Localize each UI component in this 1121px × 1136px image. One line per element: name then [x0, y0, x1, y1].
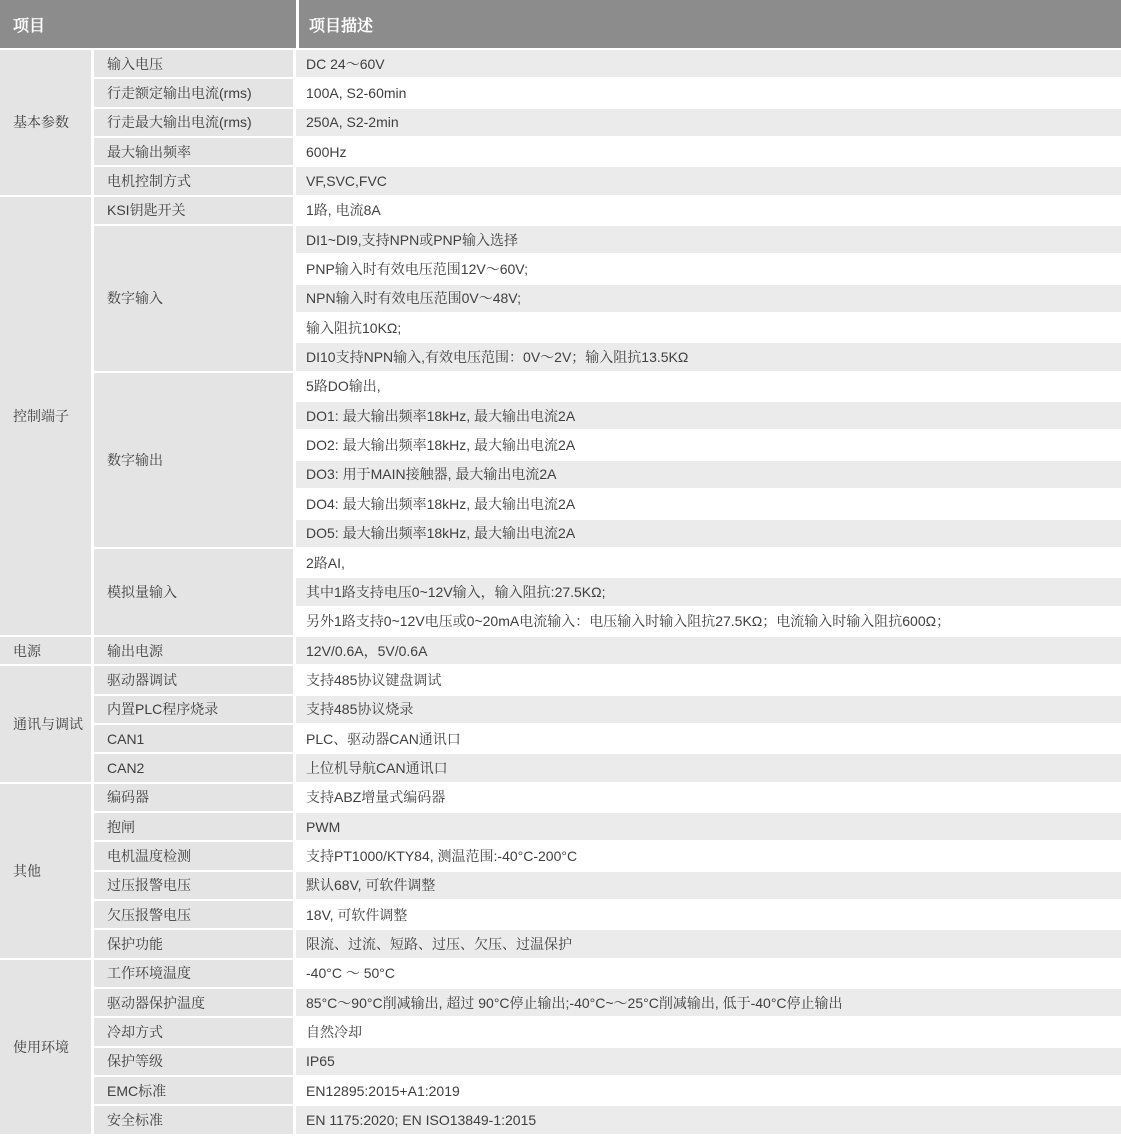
table-row: 欠压报警电压18V, 可软件调整: [0, 901, 1121, 930]
param-cell: CAN2: [94, 754, 296, 783]
param-cell: 最大输出频率: [94, 138, 296, 167]
table-row: 电机控制方式VF,SVC,FVC: [0, 167, 1121, 196]
param-cell: 电机控制方式: [94, 167, 296, 196]
param-cell: 输出电源: [94, 637, 296, 666]
header-row: 项目 项目描述: [0, 0, 1121, 50]
value-cell: PWM: [296, 813, 1121, 842]
table-body: 基本参数输入电压DC 24～60V行走额定输出电流(rms)100A, S2-6…: [0, 50, 1121, 1136]
value-cell: 600Hz: [296, 138, 1121, 167]
param-cell: 欠压报警电压: [94, 901, 296, 930]
table-row: 驱动器保护温度85°C～90°C削减输出, 超过 90°C停止输出;-40°C~…: [0, 989, 1121, 1018]
param-cell: 电机温度检测: [94, 842, 296, 871]
param-cell: 过压报警电压: [94, 872, 296, 901]
category-cell: 使用环境: [0, 960, 94, 1136]
value-cell: 100A, S2-60min: [296, 79, 1121, 108]
value-cell: 自然冷却: [296, 1018, 1121, 1047]
param-cell: 驱动器保护温度: [94, 989, 296, 1018]
table-row: CAN2上位机导航CAN通讯口: [0, 754, 1121, 783]
table-row: 抱闸PWM: [0, 813, 1121, 842]
value-cell: 85°C～90°C削减输出, 超过 90°C停止输出;-40°C~～25°C削减…: [296, 989, 1121, 1018]
spec-sheet-page: { "colors": { "header_bg": "#8c8c8c", "h…: [0, 0, 1121, 1136]
param-cell: 输入电压: [94, 50, 296, 79]
value-cell: -40°C ～ 50°C: [296, 960, 1121, 989]
table-row: 冷却方式自然冷却: [0, 1018, 1121, 1047]
table-row: 保护等级IP65: [0, 1048, 1121, 1077]
value-cell: 上位机导航CAN通讯口: [296, 754, 1121, 783]
spec-table: 项目 项目描述 基本参数输入电压DC 24～60V行走额定输出电流(rms)10…: [0, 0, 1121, 1136]
category-cell: 通讯与调试: [0, 666, 94, 783]
param-cell: 数字输入: [94, 226, 296, 373]
table-row: 行走额定输出电流(rms)100A, S2-60min: [0, 79, 1121, 108]
table-row: CAN1PLC、驱动器CAN通讯口: [0, 725, 1121, 754]
value-cell: 默认68V, 可软件调整: [296, 872, 1121, 901]
table-row: 电机温度检测支持PT1000/KTY84, 测温范围:-40°C-200°C: [0, 842, 1121, 871]
value-cell: DO3: 用于MAIN接触器, 最大输出电流2A: [296, 461, 1121, 490]
col-header-item: 项目: [0, 0, 296, 50]
table-row: 使用环境工作环境温度-40°C ～ 50°C: [0, 960, 1121, 989]
value-cell: DI1~DI9,支持NPN或PNP输入选择: [296, 226, 1121, 255]
table-row: 控制端子KSI钥匙开关1路, 电流8A: [0, 197, 1121, 226]
value-cell: 另外1路支持0~12V电压或0~20mA电流输入：电压输入时输入阻抗27.5KΩ…: [296, 608, 1121, 637]
value-cell: 输入阻抗10KΩ;: [296, 314, 1121, 343]
param-cell: 内置PLC程序烧录: [94, 696, 296, 725]
table-header: 项目 项目描述: [0, 0, 1121, 50]
value-cell: 支持PT1000/KTY84, 测温范围:-40°C-200°C: [296, 842, 1121, 871]
category-cell: 控制端子: [0, 197, 94, 637]
value-cell: NPN输入时有效电压范围0V～48V;: [296, 285, 1121, 314]
value-cell: EN12895:2015+A1:2019: [296, 1077, 1121, 1106]
value-cell: 18V, 可软件调整: [296, 901, 1121, 930]
param-cell: 工作环境温度: [94, 960, 296, 989]
table-row: 安全标准EN 1175:2020; EN ISO13849-1:2015: [0, 1106, 1121, 1135]
param-cell: CAN1: [94, 725, 296, 754]
param-cell: 数字输出: [94, 373, 296, 549]
param-cell: 驱动器调试: [94, 666, 296, 695]
value-cell: EN 1175:2020; EN ISO13849-1:2015: [296, 1106, 1121, 1135]
value-cell: IP65: [296, 1048, 1121, 1077]
table-row: 数字输出5路DO输出,: [0, 373, 1121, 402]
value-cell: DO5: 最大输出频率18kHz, 最大输出电流2A: [296, 520, 1121, 549]
table-row: 模拟量输入2路AI,: [0, 549, 1121, 578]
param-cell: 编码器: [94, 784, 296, 813]
category-cell: 基本参数: [0, 50, 94, 197]
value-cell: 1路, 电流8A: [296, 197, 1121, 226]
table-row: 行走最大输出电流(rms)250A, S2-2min: [0, 109, 1121, 138]
table-row: 数字输入DI1~DI9,支持NPN或PNP输入选择: [0, 226, 1121, 255]
value-cell: 12V/0.6A，5V/0.6A: [296, 637, 1121, 666]
table-row: 电源输出电源12V/0.6A，5V/0.6A: [0, 637, 1121, 666]
category-cell: 其他: [0, 784, 94, 960]
value-cell: 支持485协议烧录: [296, 696, 1121, 725]
value-cell: DO1: 最大输出频率18kHz, 最大输出电流2A: [296, 402, 1121, 431]
col-header-description: 项目描述: [296, 0, 1121, 50]
value-cell: DO2: 最大输出频率18kHz, 最大输出电流2A: [296, 431, 1121, 460]
table-row: 最大输出频率600Hz: [0, 138, 1121, 167]
param-cell: 冷却方式: [94, 1018, 296, 1047]
value-cell: 支持485协议键盘调试: [296, 666, 1121, 695]
value-cell: 限流、过流、短路、过压、欠压、过温保护: [296, 930, 1121, 959]
value-cell: DC 24～60V: [296, 50, 1121, 79]
value-cell: DO4: 最大输出频率18kHz, 最大输出电流2A: [296, 490, 1121, 519]
value-cell: PNP输入时有效电压范围12V～60V;: [296, 255, 1121, 284]
value-cell: 5路DO输出,: [296, 373, 1121, 402]
param-cell: 行走额定输出电流(rms): [94, 79, 296, 108]
param-cell: 安全标准: [94, 1106, 296, 1135]
param-cell: 保护功能: [94, 930, 296, 959]
table-row: 其他编码器支持ABZ增量式编码器: [0, 784, 1121, 813]
table-row: 过压报警电压默认68V, 可软件调整: [0, 872, 1121, 901]
value-cell: 其中1路支持电压0~12V输入，输入阻抗:27.5KΩ;: [296, 578, 1121, 607]
table-row: 内置PLC程序烧录支持485协议烧录: [0, 696, 1121, 725]
value-cell: PLC、驱动器CAN通讯口: [296, 725, 1121, 754]
param-cell: 抱闸: [94, 813, 296, 842]
param-cell: 模拟量输入: [94, 549, 296, 637]
param-cell: 保护等级: [94, 1048, 296, 1077]
category-cell: 电源: [0, 637, 94, 666]
table-row: 保护功能限流、过流、短路、过压、欠压、过温保护: [0, 930, 1121, 959]
value-cell: 2路AI,: [296, 549, 1121, 578]
value-cell: VF,SVC,FVC: [296, 167, 1121, 196]
value-cell: DI10支持NPN输入,有效电压范围：0V～2V；输入阻抗13.5KΩ: [296, 343, 1121, 372]
param-cell: EMC标准: [94, 1077, 296, 1106]
value-cell: 支持ABZ增量式编码器: [296, 784, 1121, 813]
param-cell: KSI钥匙开关: [94, 197, 296, 226]
table-row: 通讯与调试驱动器调试支持485协议键盘调试: [0, 666, 1121, 695]
table-row: EMC标准EN12895:2015+A1:2019: [0, 1077, 1121, 1106]
value-cell: 250A, S2-2min: [296, 109, 1121, 138]
table-row: 基本参数输入电压DC 24～60V: [0, 50, 1121, 79]
param-cell: 行走最大输出电流(rms): [94, 109, 296, 138]
